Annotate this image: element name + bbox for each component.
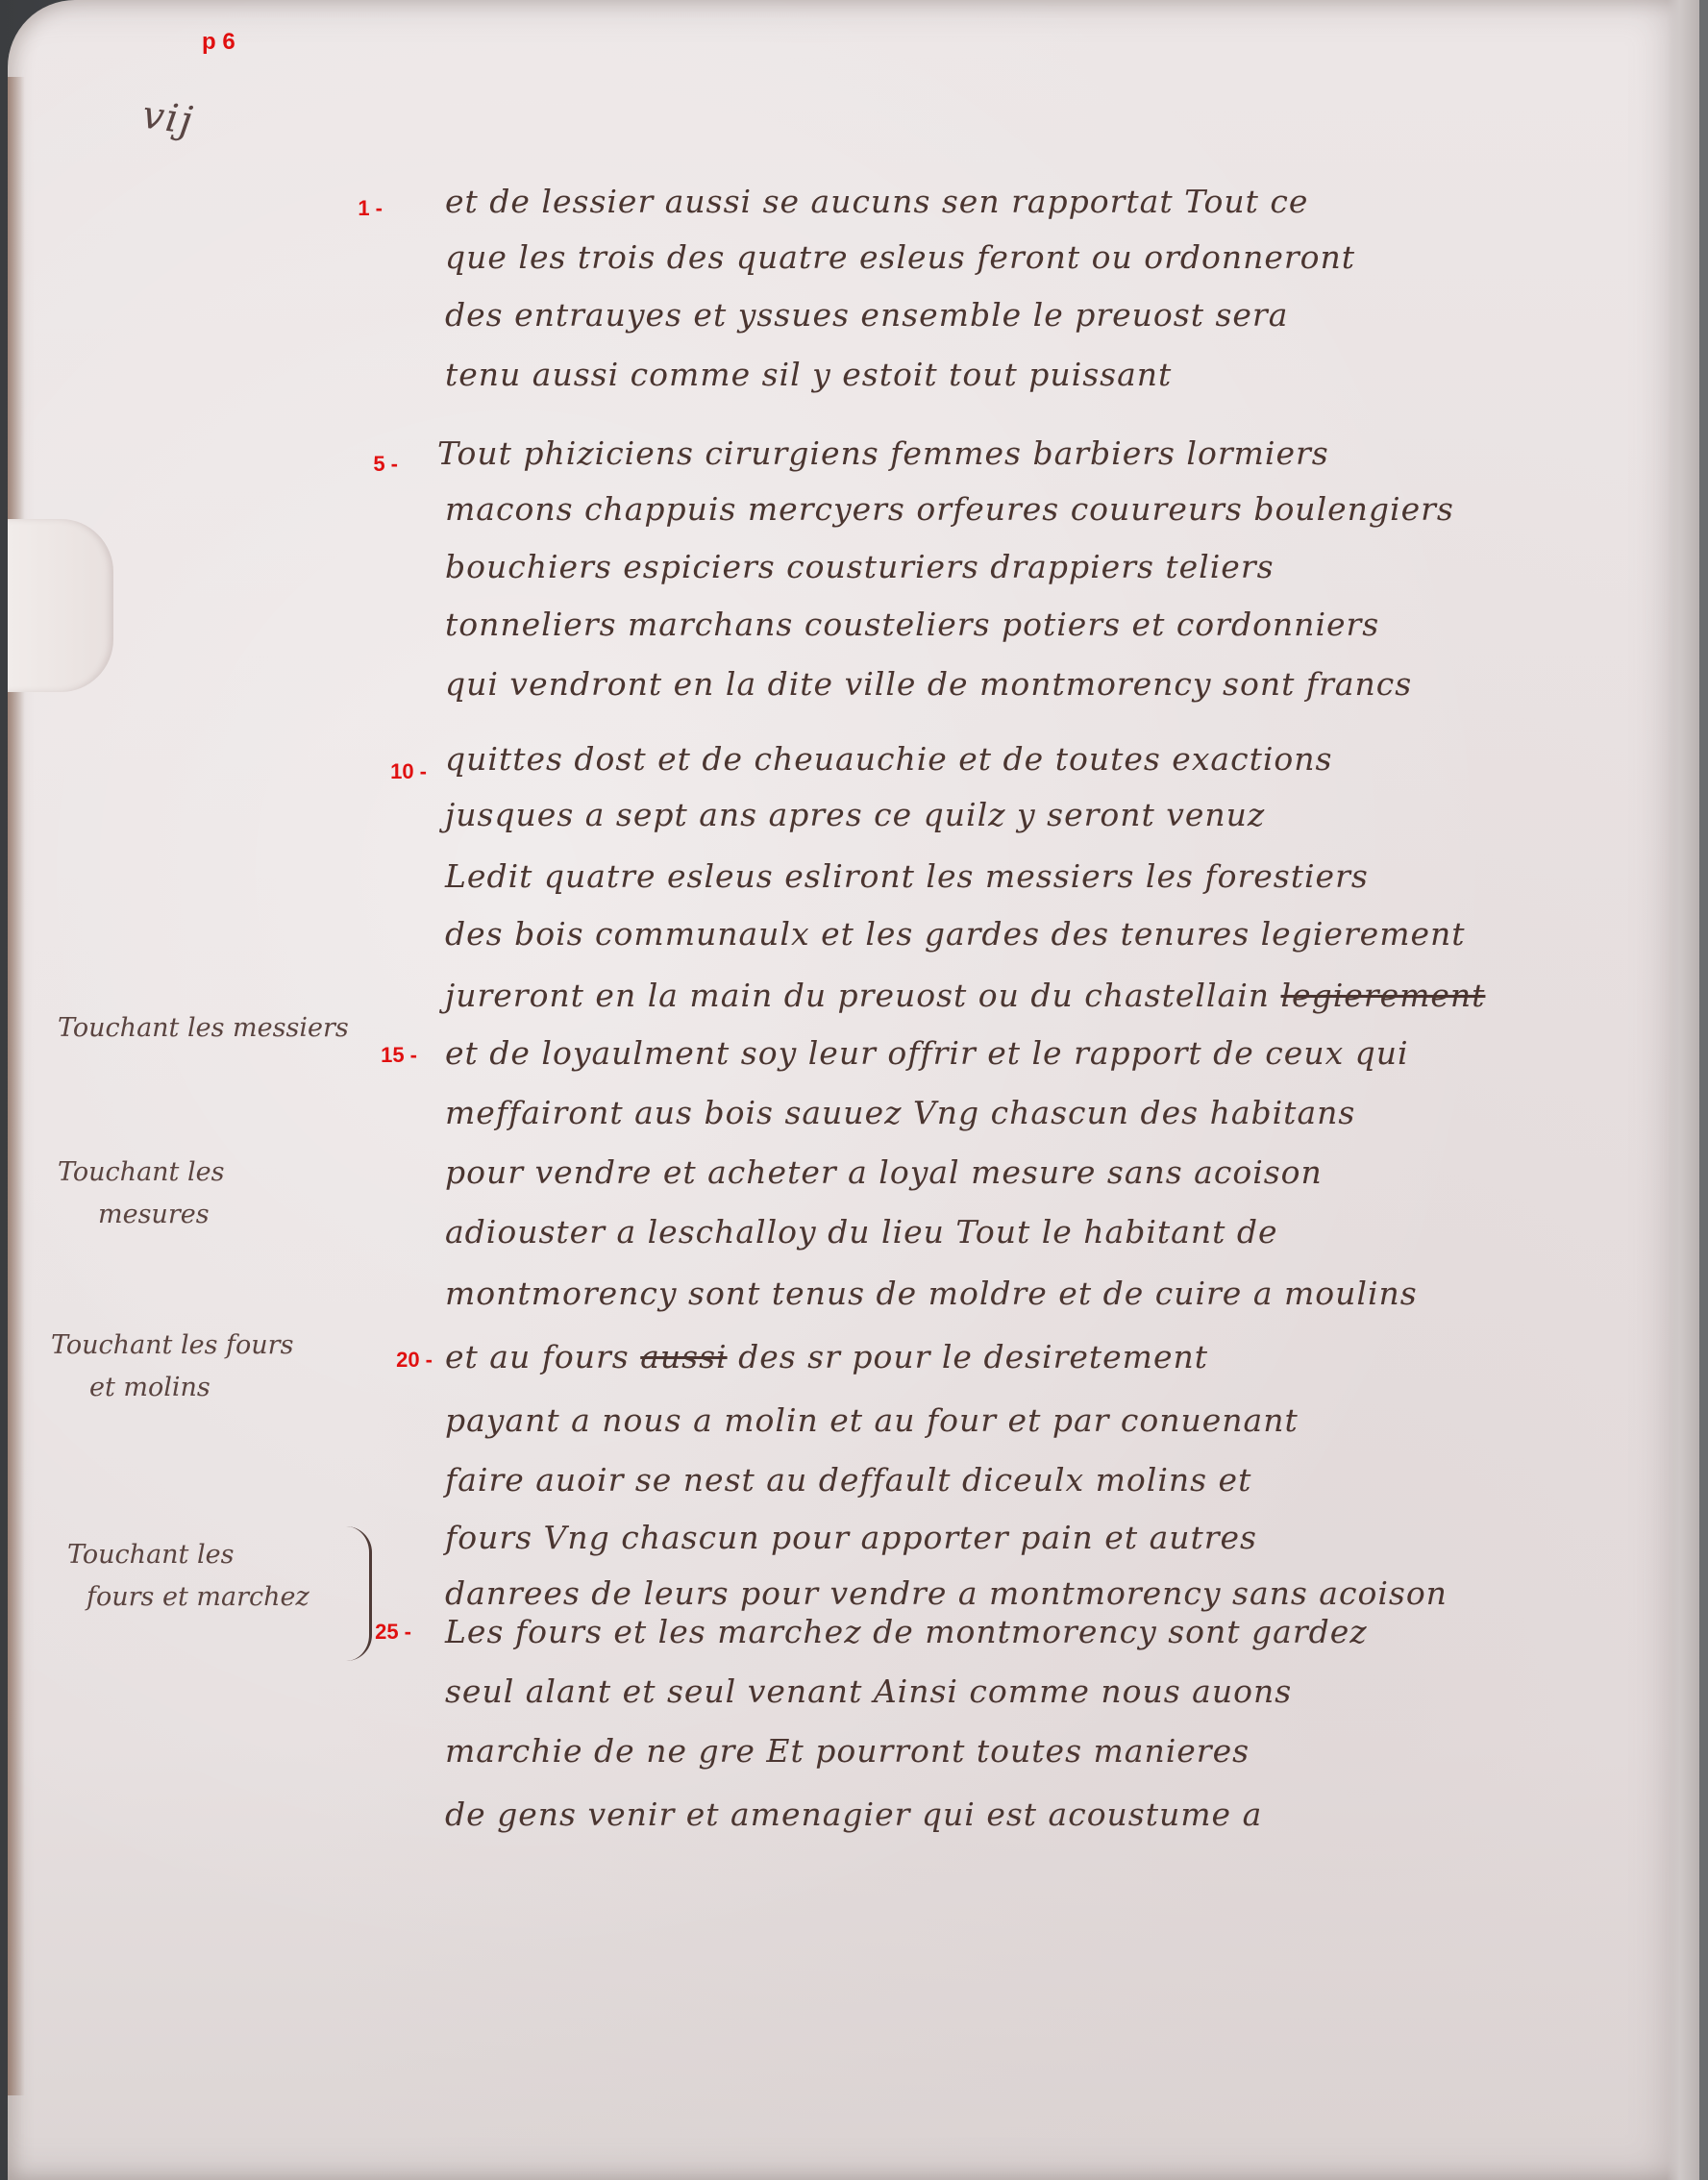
- page-tab-mark: [8, 519, 113, 692]
- text-line-27: marchie de ne gre Et pourront toutes man…: [445, 1732, 1250, 1790]
- text-line-25: Les fours et les marchez de montmorency …: [445, 1613, 1368, 1671]
- margin-note-mesures: Touchant les mesures: [58, 1152, 224, 1236]
- manuscript-page: p 6 vij 1 - 5 - 10 - 15 - 20 - 25 - et d…: [8, 0, 1699, 2180]
- margin-note-line: Touchant les: [67, 1534, 309, 1576]
- text-line-4: tenu aussi comme sil y estoit tout puiss…: [445, 356, 1172, 413]
- margin-note-line: fours et marchez: [67, 1576, 309, 1619]
- margin-note-line: Touchant les: [58, 1152, 224, 1194]
- line-marker-10: 10 -: [359, 759, 427, 784]
- page-label: p 6: [202, 29, 235, 56]
- margin-note-line: Touchant les fours: [51, 1325, 293, 1367]
- text-line-17: pour vendre et acheter a loyal mesure sa…: [445, 1153, 1323, 1211]
- text-line-13: des bois communaulx et les gardes des te…: [445, 915, 1466, 973]
- text-line-15: et de loyaulment soy leur offrir et le r…: [445, 1034, 1409, 1092]
- text-line-2: que les trois des quatre esleus feront o…: [445, 238, 1355, 296]
- margin-note-line: mesures: [58, 1194, 224, 1236]
- text-line-5: Tout phiziciens cirurgiens femmes barbie…: [437, 434, 1329, 492]
- line-marker-20: 20 -: [365, 1348, 433, 1373]
- struck-word: legierement: [1281, 977, 1486, 1014]
- text-line-12: Ledit quatre esleus esliront les messier…: [445, 857, 1369, 915]
- folio-mark: vij: [139, 92, 197, 143]
- text-line-20: et au fours aussi des sr pour le desiret…: [445, 1338, 1208, 1396]
- text-line-16: meffairont aus bois sauuez Vng chascun d…: [445, 1094, 1355, 1152]
- text-line-9: qui vendront en la dite ville de montmor…: [445, 665, 1412, 723]
- margin-note-line: Touchant les messiers: [58, 1007, 349, 1050]
- text-line-10: quittes dost et de cheuauchie et de tout…: [445, 740, 1332, 798]
- text-line-19: montmorency sont tenus de moldre et de c…: [445, 1275, 1418, 1332]
- binding-shadow: [8, 77, 25, 2095]
- margin-note-fours-molins: Touchant les fours et molins: [51, 1325, 293, 1409]
- text-line-3: des entrauyes et yssues ensemble le preu…: [445, 296, 1288, 354]
- text-line-11: jusques a sept ans apres ce quilz y sero…: [445, 796, 1265, 854]
- text-line-7: bouchiers espiciers cousturiers drappier…: [445, 548, 1275, 606]
- margin-note-messiers: Touchant les messiers: [58, 1007, 349, 1050]
- text-line-22: faire auoir se nest au deffault diceulx …: [445, 1461, 1251, 1519]
- text-line-1: et de lessier aussi se aucuns sen rappor…: [445, 183, 1308, 240]
- margin-bracket: [346, 1526, 372, 1661]
- text-line-26: seul alant et seul venant Ainsi comme no…: [445, 1672, 1292, 1730]
- margin-note-fours-marchez: Touchant les fours et marchez: [67, 1534, 309, 1619]
- line-marker-5: 5 -: [331, 452, 398, 477]
- line-marker-15: 15 -: [350, 1043, 417, 1068]
- text-line-21: payant a nous a molin et au four et par …: [445, 1401, 1299, 1459]
- margin-note-line: et molins: [51, 1367, 293, 1409]
- line-marker-1: 1 -: [315, 196, 383, 221]
- text-line-23: fours Vng chascun pour apporter pain et …: [445, 1519, 1257, 1576]
- page-edge: [1667, 0, 1699, 2180]
- struck-word: aussi: [640, 1338, 727, 1375]
- text-line-8: tonneliers marchans cousteliers potiers …: [445, 606, 1379, 663]
- text-line-28: de gens venir et amenagier qui est acous…: [445, 1796, 1262, 1853]
- text-line-6: macons chappuis mercyers orfeures couure…: [445, 490, 1454, 548]
- text-line-18: adiouster a leschalloy du lieu Tout le h…: [445, 1213, 1278, 1271]
- text-line-14: jureront en la main du preuost ou du cha…: [445, 977, 1485, 1034]
